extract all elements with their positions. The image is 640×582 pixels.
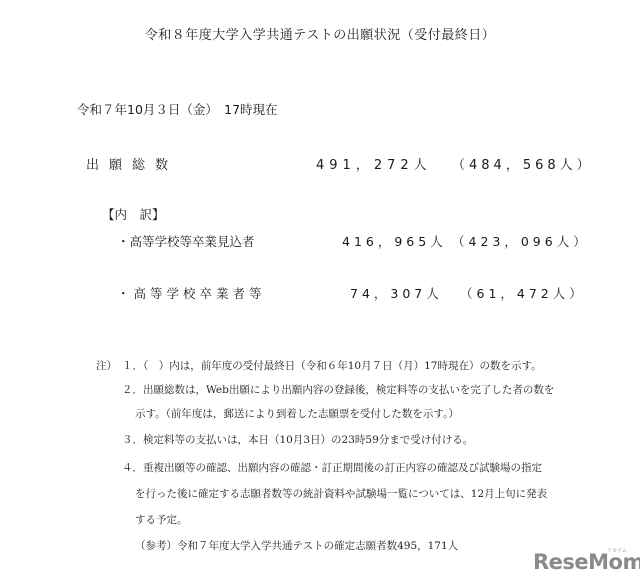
note-4-line-2: を行った後に確定する志願者数等の統計資料や試験場一覧については、12月上旬に発表 [135, 486, 547, 501]
breakdown-row-previous: （61，472人） [460, 284, 586, 302]
note-4-line-3: する予定。 [135, 512, 188, 527]
breakdown-row-value: 416，965人 [342, 232, 447, 250]
document-title: 令和８年度大学入学共通テストの出願状況（受付最終日） [0, 24, 640, 43]
resemom-logo: ReseMom [533, 550, 640, 574]
note-2-line-2: 示す。（前年度は，郵送により到着した志願票を受付した数を示す。） [135, 406, 459, 421]
note-2-line-1: ２．出願総数は，Web出願により出願内容の登録後，検定料等の支払いを完了した者の… [122, 382, 554, 397]
total-applicants-label: 出願総数 [86, 154, 178, 173]
note-4-line-1: ４．重複出願等の確認、出願内容の確認・訂正期間後の訂正内容の確認及び試験場の指定 [122, 460, 542, 475]
reference-note: （参考）令和７年度大学入学共通テストの確定志願者数495，171人 [135, 538, 458, 553]
total-applicants-value: 491，272人 [316, 154, 432, 173]
note-3: ３．検定料等の支払いは，本日（10月3日）の23時59分まで受け付ける。 [122, 432, 473, 447]
breakdown-heading: 【内 訳】 [102, 205, 165, 223]
breakdown-row-previous: （423，096人） [452, 232, 590, 250]
total-applicants-previous: （484，568人） [452, 154, 594, 173]
note-1: １．（ ）内は，前年度の受付最終日（令和６年10月７日（月）17時現在）の数を示… [122, 358, 542, 373]
breakdown-row-label: ・高等学校卒業者等 [117, 284, 266, 302]
breakdown-row-value: 74，307人 [350, 284, 443, 302]
breakdown-row-label: ・高等学校等卒業見込者 [117, 232, 255, 250]
notes-prefix: 注） [96, 358, 117, 373]
as-of-date: 令和７年10月３日（金） 17時現在 [77, 100, 278, 118]
